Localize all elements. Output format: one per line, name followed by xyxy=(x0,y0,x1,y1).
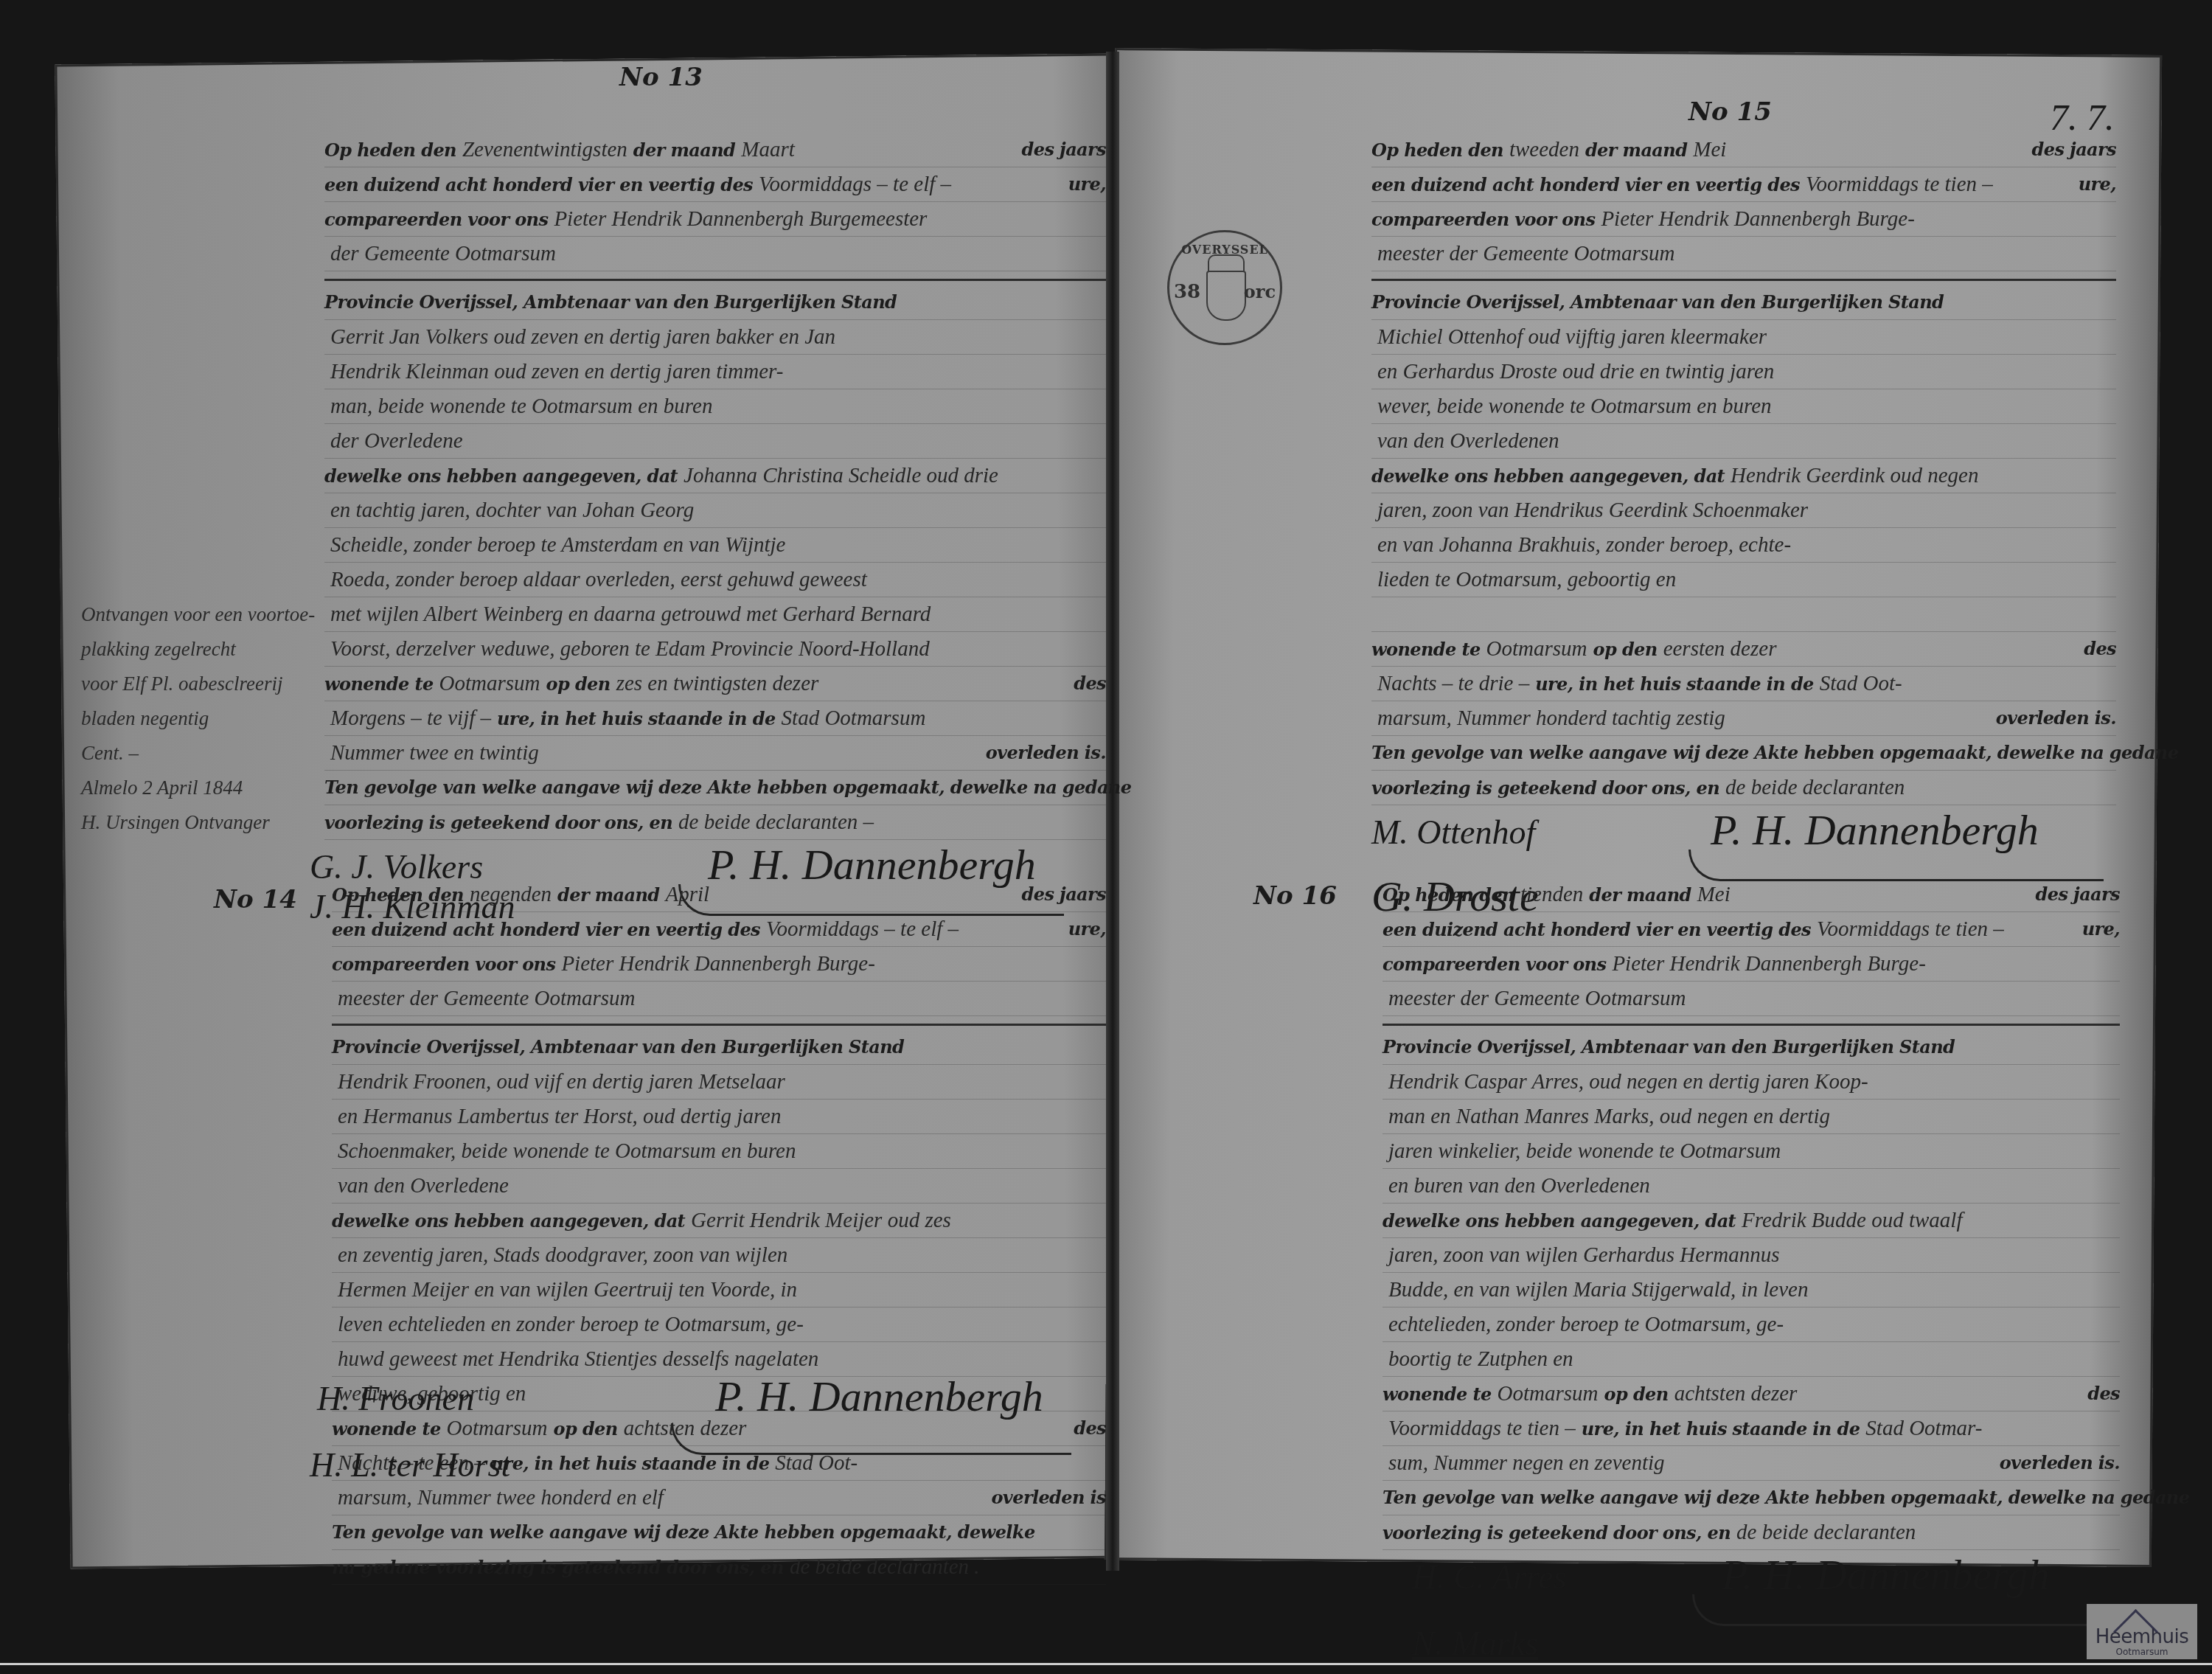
record-line: dewelke ons hebben aangegeven, datHendri… xyxy=(1371,459,2116,493)
margin-note: Ontvangen voor een voortoe- plakking zeg… xyxy=(81,597,347,840)
record-line: jaren winkelier, beide wonende te Ootmar… xyxy=(1382,1134,2120,1169)
record-line: een duizend acht honderd vier en veertig… xyxy=(1382,912,2120,947)
signature: H. L. ter Horst xyxy=(310,1445,510,1484)
record-line: Nummer twee en twintigoverleden is. xyxy=(324,736,1106,771)
record-16: Op heden dentiendender maandMeides jaars… xyxy=(1382,878,2120,1674)
margin-note-line: Cent. – xyxy=(81,736,347,771)
record-line: meester der Gemeente Ootmarsum xyxy=(332,982,1106,1016)
signature-mayor: P. H. Dannenbergh xyxy=(1722,1550,2050,1600)
logo-subtitle: Ootmarsum xyxy=(2087,1647,2197,1657)
margin-note-line: Ontvangen voor een voortoe- xyxy=(81,597,347,632)
record-line: Morgens – te vijf –ure, in het huis staa… xyxy=(324,701,1106,736)
signature-block: H. Froonen H. L. ter Horst P. H. Dannenb… xyxy=(302,1372,1099,1468)
record-number: No 13 xyxy=(619,63,703,92)
divider xyxy=(1382,1024,2120,1026)
record-line: Roeda, zonder beroep aldaar overleden, e… xyxy=(324,563,1106,597)
record-line: compareerden voor onsPieter Hendrik Dann… xyxy=(332,947,1106,982)
record-number: No 14 xyxy=(214,885,297,914)
signature-block: H. C. Arres N. Marks P. H. Dannenbergh xyxy=(1382,1550,2120,1674)
scan-edge xyxy=(0,1663,2212,1665)
record-line: meester der Gemeente Ootmarsum xyxy=(1371,237,2116,271)
record-line: van den Overledene xyxy=(332,1169,1106,1204)
record-line: Ten gevolge van welke aangave wij deze A… xyxy=(332,1515,1106,1550)
record-line: en Hermanus Lambertus ter Horst, oud der… xyxy=(332,1100,1106,1134)
record-line: man en Nathan Manres Marks, oud negen en… xyxy=(1382,1100,2120,1134)
divider xyxy=(332,1024,1106,1026)
record-line: compareerden voor onsPieter Hendrik Dann… xyxy=(324,202,1106,237)
record-number: No 16 xyxy=(1253,881,1337,911)
record-line: marsum, Nummer twee honderd en elfoverle… xyxy=(332,1481,1106,1515)
record-line: Michiel Ottenhof oud vijftig jaren kleer… xyxy=(1371,320,2116,355)
record-line: Provincie Overijssel, Ambtenaar van den … xyxy=(332,1030,1106,1065)
divider xyxy=(1371,279,2116,281)
record-line: der Overledene xyxy=(324,424,1106,459)
record-line: compareerden voor onsPieter Hendrik Dann… xyxy=(1382,947,2120,982)
stamp-suffix: orc xyxy=(1244,281,1276,302)
tax-stamp: OVERYSSEL 38 orc xyxy=(1167,230,1282,345)
signature-mayor: P. H. Dannenbergh xyxy=(1711,805,2039,855)
record-line: Op heden dentweedender maandMeides jaars xyxy=(1371,133,2116,167)
coat-of-arms-icon xyxy=(1206,271,1246,321)
record-line: wever, beide wonende te Ootmarsum en bur… xyxy=(1371,389,2116,424)
record-line: dewelke ons hebben aangegeven, datJohann… xyxy=(324,459,1106,493)
signature-mayor: P. H. Dannenbergh xyxy=(715,1372,1043,1421)
record-line: Nachts – te drie –ure, in het huis staan… xyxy=(1371,667,2116,701)
record-line: Ten gevolge van welke aangave wij deze A… xyxy=(1371,736,2116,771)
record-line: Budde, en van wijlen Maria Stijgerwald, … xyxy=(1382,1273,2120,1307)
record-line: met wijlen Albert Weinberg en daarna get… xyxy=(324,597,1106,632)
record-line: van den Overledenen xyxy=(1371,424,2116,459)
margin-note-line: plakking zegelrecht xyxy=(81,632,347,667)
record-line: Scheidle, zonder beroep te Amsterdam en … xyxy=(324,528,1106,563)
record-number: No 15 xyxy=(1688,97,1772,127)
book-gutter xyxy=(1106,52,1119,1571)
record-line: jaren, zoon van Hendrikus Geerdink Schoe… xyxy=(1371,493,2116,528)
record-line: wonende teOotmarsumop denachtsten dezerd… xyxy=(1382,1377,2120,1411)
record-line: Hendrik Kleinman oud zeven en dertig jar… xyxy=(324,355,1106,389)
record-line: dewelke ons hebben aangegeven, datFredri… xyxy=(1382,1204,2120,1238)
margin-note-line: Almelo 2 April 1844 xyxy=(81,771,347,805)
record-line: dewelke ons hebben aangegeven, datGerrit… xyxy=(332,1204,1106,1238)
record-line: compareerden voor onsPieter Hendrik Dann… xyxy=(1371,202,2116,237)
record-line: Hendrik Froonen, oud vijf en dertig jare… xyxy=(332,1065,1106,1100)
record-line: voorlezing is geteekend door ons, ende b… xyxy=(324,805,1106,840)
record-line: en van Johanna Brakhuis, zonder beroep, … xyxy=(1371,528,2116,563)
signature-flourish xyxy=(671,1423,1071,1455)
record-line: der Gemeente Ootmarsum xyxy=(324,237,1106,271)
record-line: een duizend acht honderd vier en veertig… xyxy=(1371,167,2116,202)
record-line: Voormiddags te tien –ure, in het huis st… xyxy=(1382,1411,2120,1446)
record-line: Ten gevolge van welke aangave wij deze A… xyxy=(1382,1481,2120,1515)
record-line: wonende teOotmarsumop denzes en twintigs… xyxy=(324,667,1106,701)
margin-note-line: voor Elf Pl. oabesclreerij xyxy=(81,667,347,701)
record-line: voorlezing is geteekend door ons, ende b… xyxy=(1371,771,2116,805)
record-line: echtelieden, zonder beroep te Ootmarsum,… xyxy=(1382,1307,2120,1342)
record-line xyxy=(1371,597,2116,632)
record-line: sum, Nummer negen en zeventigoverleden i… xyxy=(1382,1446,2120,1481)
record-line: na gedane voorlezing is geteekend door o… xyxy=(332,1550,1106,1585)
record-line: Op heden denZevenentwintigstender maandM… xyxy=(324,133,1106,167)
record-line: en zeventig jaren, Stads doodgraver, zoo… xyxy=(332,1238,1106,1273)
signature: M. Ottenhof xyxy=(1371,813,1535,852)
record-line: leven echtelieden en zonder beroep te Oo… xyxy=(332,1307,1106,1342)
record-15: Op heden dentweedender maandMeides jaars… xyxy=(1371,133,2116,931)
record-line: een duizend acht honderd vier en veertig… xyxy=(324,167,1106,202)
record-line: Provincie Overijssel, Ambtenaar van den … xyxy=(1382,1030,2120,1065)
divider xyxy=(324,279,1106,281)
heemhuis-logo: Heemhuis Ootmarsum xyxy=(2087,1604,2197,1659)
signature-flourish xyxy=(1692,1594,2107,1626)
record-line: jaren, zoon van wijlen Gerhardus Hermann… xyxy=(1382,1238,2120,1273)
record-line: voorlezing is geteekend door ons, ende b… xyxy=(1382,1515,2120,1550)
record-line: Hendrik Caspar Arres, oud negen en derti… xyxy=(1382,1065,2120,1100)
margin-note-line: H. Ursingen Ontvanger xyxy=(81,805,347,840)
record-13: Op heden denZevenentwintigstender maandM… xyxy=(324,133,1106,936)
signature: N. Marks xyxy=(1412,1624,1538,1663)
record-line: en tachtig jaren, dochter van Johan Geor… xyxy=(324,493,1106,528)
record-line: Op heden dennegendender maandAprildes ja… xyxy=(332,878,1106,912)
crown-icon xyxy=(1208,254,1245,272)
record-line: en Gerhardus Droste oud drie en twintig … xyxy=(1371,355,2116,389)
record-line: lieden te Ootmarsum, geboortig en xyxy=(1371,563,2116,597)
record-line: meester der Gemeente Ootmarsum xyxy=(1382,982,2120,1016)
logo-name: Heemhuis xyxy=(2087,1626,2197,1648)
record-line: Ten gevolge van welke aangave wij deze A… xyxy=(324,771,1106,805)
signature: H. Froonen xyxy=(317,1379,474,1418)
record-line: wonende teOotmarsumop deneersten dezerde… xyxy=(1371,632,2116,667)
record-line: een duizend acht honderd vier en veertig… xyxy=(332,912,1106,947)
record-line: Provincie Overijssel, Ambtenaar van den … xyxy=(1371,285,2116,320)
margin-note-line: bladen negentig xyxy=(81,701,347,736)
record-line: Gerrit Jan Volkers oud zeven en dertig j… xyxy=(324,320,1106,355)
record-line: Provincie Overijssel, Ambtenaar van den … xyxy=(324,285,1106,320)
record-line: boortig te Zutphen en xyxy=(1382,1342,2120,1377)
record-line: marsum, Nummer honderd tachtig zestigove… xyxy=(1371,701,2116,736)
record-line: Schoenmaker, beide wonende te Ootmarsum … xyxy=(332,1134,1106,1169)
record-line: man, beide wonende te Ootmarsum en buren xyxy=(324,389,1106,424)
stamp-number: 38 xyxy=(1174,281,1200,303)
record-line: Hermen Meijer en van wijlen Geertruij te… xyxy=(332,1273,1106,1307)
record-line: Op heden dentiendender maandMeides jaars xyxy=(1382,878,2120,912)
record-line: en buren van den Overledenen xyxy=(1382,1169,2120,1204)
signature: H. C. Arres xyxy=(1412,1557,1567,1597)
record-line: Voorst, derzelver weduwe, geboren te Eda… xyxy=(324,632,1106,667)
signature-flourish xyxy=(1688,850,2104,881)
